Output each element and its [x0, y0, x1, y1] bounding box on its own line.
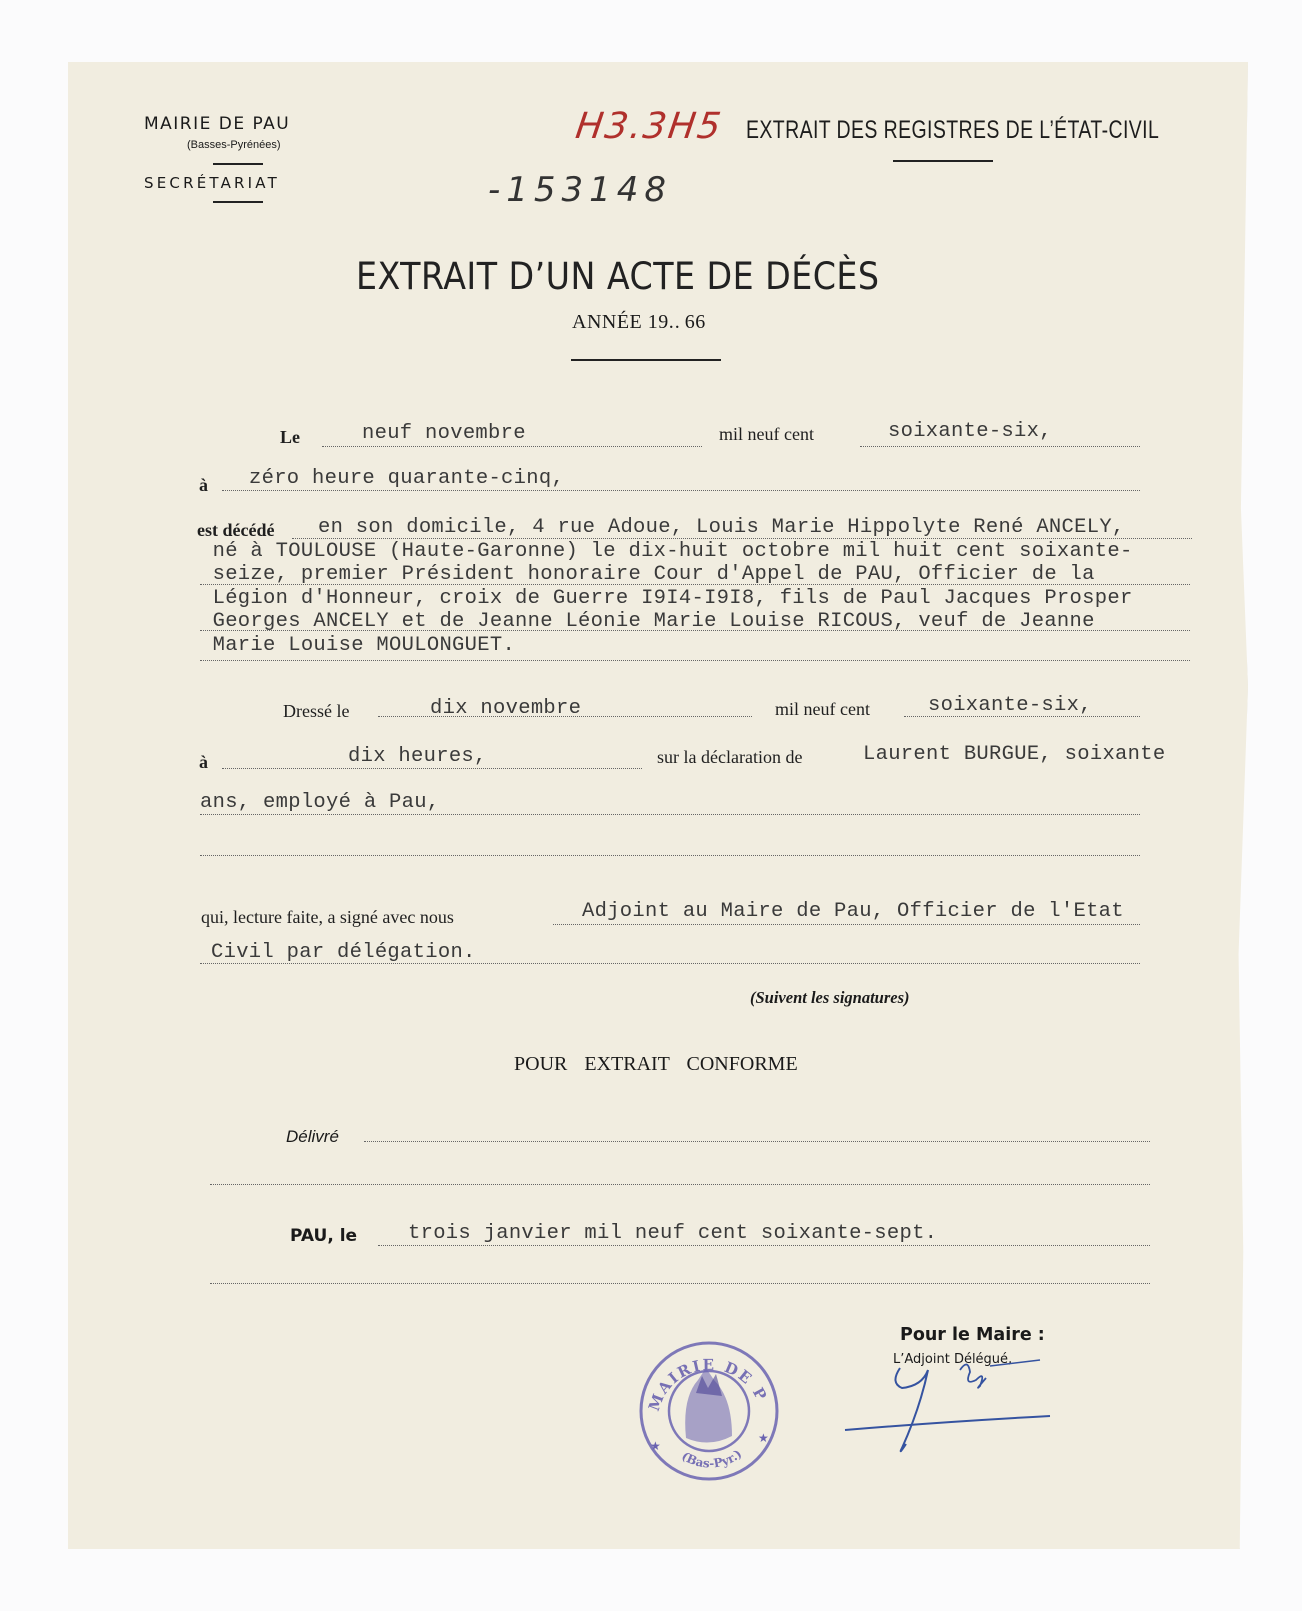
divider [213, 163, 263, 165]
death-date-value: neuf novembre [362, 422, 526, 445]
death-time-value: zéro heure quarante-cinq, [249, 467, 564, 490]
divider [571, 359, 721, 361]
deceased-line-6: Marie Louise MOULONGUET. [200, 634, 515, 657]
svg-text:★: ★ [650, 1439, 661, 1453]
drawn-year-value: soixante-six, [928, 694, 1092, 717]
divider [213, 201, 263, 203]
death-date-label: Le [280, 427, 300, 448]
office-name: MAIRIE DE PAU [144, 114, 290, 134]
certification-heading: POUR EXTRAIT CONFORME [514, 1053, 798, 1076]
year-value: 66 [685, 311, 706, 333]
register-title: EXTRAIT DES REGISTRES DE L’ÉTAT-CIVIL [746, 116, 1159, 145]
death-year-label: mil neuf cent [719, 424, 814, 445]
drawn-year-label: mil neuf cent [775, 699, 870, 720]
drawn-date-label: Dressé le [283, 701, 349, 722]
signature-title: Pour le Maire : [900, 1325, 1045, 1345]
divider [893, 160, 993, 162]
handwritten-number: -153148 [488, 170, 672, 210]
official-stamp-icon: MAIRIE DE PAU (Bas-Pyr.) ★ ★ [636, 1338, 782, 1484]
drawn-date-value: dix novembre [430, 697, 581, 720]
officer-line-1: Adjoint au Maire de Pau, Officier de l'E… [582, 900, 1124, 923]
svg-text:★: ★ [758, 1431, 769, 1445]
year-label: ANNÉE 19 [572, 311, 669, 333]
handwritten-signature-icon [840, 1348, 1080, 1458]
service-name: SECRÉTARIAT [144, 174, 280, 192]
declaration-label: sur la déclaration de [657, 747, 802, 768]
deceased-line-3: seize, premier Président honoraire Cour … [200, 563, 1095, 586]
deceased-line-2: né à TOULOUSE (Haute-Garonne) le dix-hui… [200, 540, 1133, 563]
place-date-value: trois janvier mil neuf cent soixante-sep… [408, 1222, 937, 1245]
signatures-note: (Suivent les signatures) [750, 988, 910, 1008]
declarant-line-1: Laurent BURGUE, soixante [863, 743, 1165, 766]
signed-label: qui, lecture faite, a signé avec nous [201, 907, 454, 928]
deceased-label: est décédé [197, 520, 274, 541]
death-time-label: à [199, 475, 208, 496]
delivered-label: Délivré [286, 1127, 339, 1147]
deceased-line-4: Légion d'Honneur, croix de Guerre I9I4-I… [200, 587, 1133, 610]
handwritten-reference: H3.3H5 [573, 106, 725, 147]
drawn-time-value: dix heures, [348, 745, 487, 768]
officer-line-2: Civil par délégation. [211, 941, 476, 964]
year-line: ANNÉE 19..66 [572, 311, 706, 334]
document-title: EXTRAIT D’UN ACTE DE DÉCÈS [356, 255, 880, 298]
drawn-time-label: à [199, 752, 208, 773]
department-name: (Basses-Pyrénées) [187, 139, 281, 151]
place-label: PAU, le [290, 1226, 357, 1246]
deceased-line-5: Georges ANCELY et de Jeanne Léonie Marie… [200, 610, 1095, 633]
declarant-line-2: ans, employé à Pau, [200, 791, 439, 814]
death-year-value: soixante-six, [888, 420, 1052, 443]
deceased-line-1: en son domicile, 4 rue Adoue, Louis Mari… [318, 516, 1125, 539]
